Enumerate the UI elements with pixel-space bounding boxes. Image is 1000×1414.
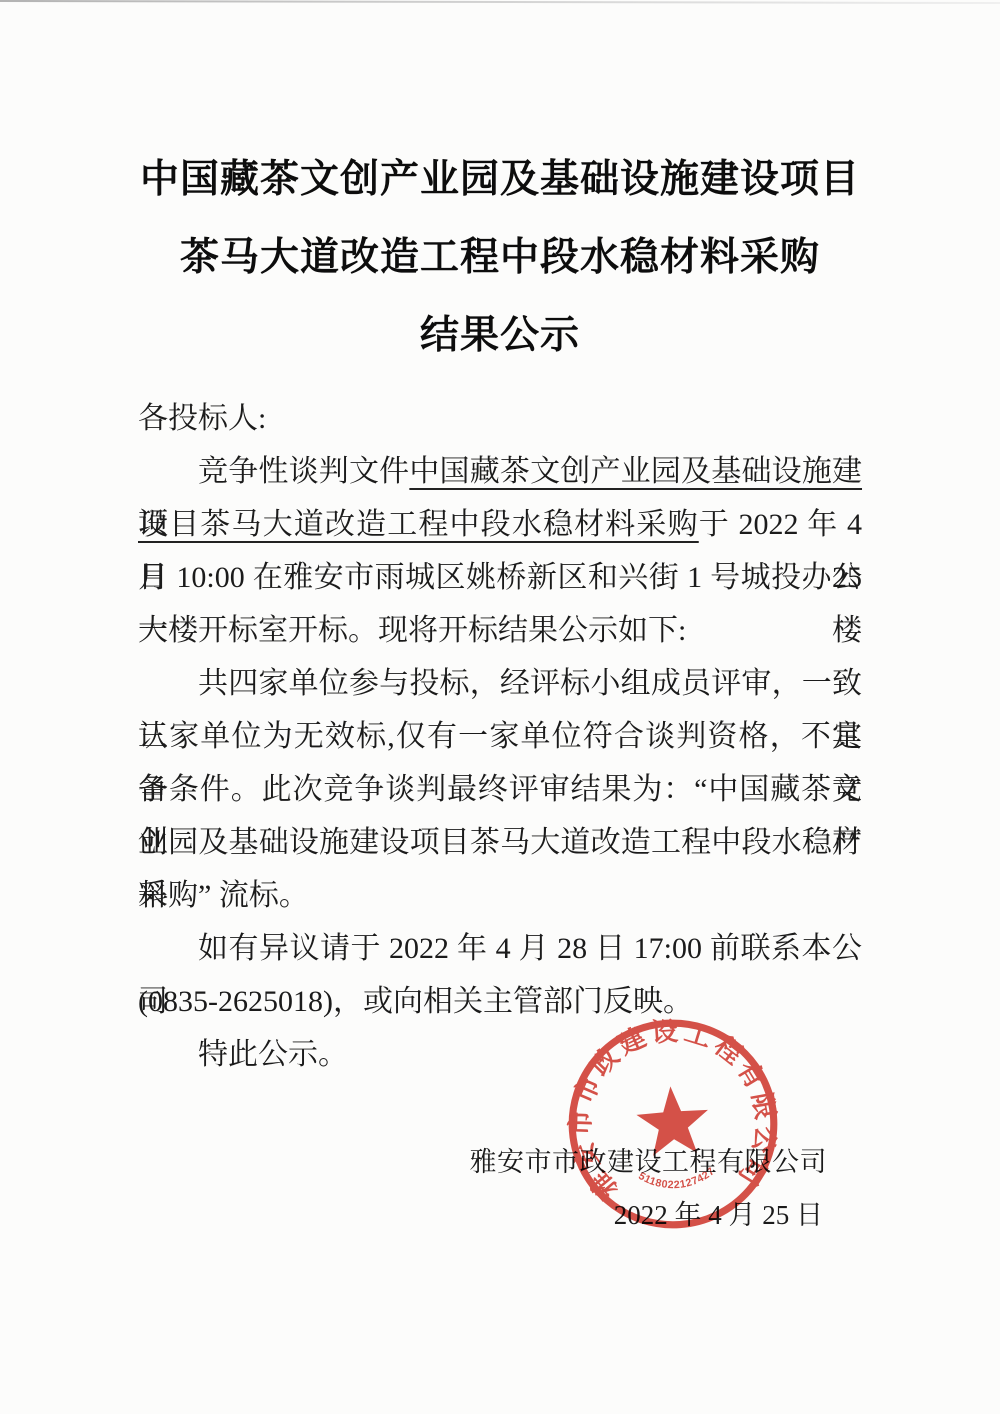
document-title: 中国藏茶文创产业园及基础设施建设项目 茶马大道改造工程中段水稳材料采购 结果公示 (70, 141, 930, 375)
body-line: 项目茶马大道改造工程中段水稳材料采购于 2022 年 4 月 25 (138, 498, 862, 551)
document-title-line: 结果公示 (70, 297, 930, 375)
body-line: 竞争性谈判文件中国藏茶文创产业园及基础设施建设 (138, 445, 862, 498)
salutation: 各投标人: (138, 392, 862, 445)
text-run: 竞争性谈判文件 (198, 455, 409, 488)
body-line: 共四家单位参与投标，经评标小组成员评审，一致认定 (138, 657, 862, 710)
company-seal: 雅安市市政建设工程有限公司 5118022127427 (561, 1012, 785, 1236)
document-title-line: 中国藏茶文创产业园及基础设施建设项目 (70, 141, 930, 219)
document-title-line: 茶马大道改造工程中段水稳材料采购 (70, 219, 930, 297)
text-run: 一楼开标室开标。现将开标结果公示如下: (138, 614, 686, 647)
text-run: 特此公示。 (198, 1038, 348, 1071)
body-line: 采购” 流标。 (138, 869, 862, 922)
text-run: 采购” 流标。 (138, 879, 309, 912)
body-line: 如有异议请于 2022 年 4 月 28 日 17:00 前联系本公司 (138, 922, 862, 975)
seal-star-icon (635, 1084, 711, 1157)
body-line: 日 10:00 在雅安市雨城区姚桥新区和兴街 1 号城投办公大楼 (138, 551, 862, 604)
body-line: 三家单位为无效标,仅有一家单位符合谈判资格，不具备竞 (138, 710, 862, 763)
body-line: 业园及基础设施建设项目茶马大道改造工程中段水稳材料 (138, 816, 862, 869)
notice-document-page: 中国藏茶文创产业园及基础设施建设项目 茶马大道改造工程中段水稳材料采购 结果公示… (0, 0, 1000, 1414)
document-body: 各投标人: 竞争性谈判文件中国藏茶文创产业园及基础设施建设项目茶马大道改造工程中… (138, 392, 862, 1081)
body-line: 争条件。此次竞争谈判最终评审结果为：“中国藏茶文创产 (138, 763, 862, 816)
underlined-text-run: 项目茶马大道改造工程中段水稳材料采购 (138, 508, 699, 541)
seal-serial-text: 5118022127427 (636, 1165, 719, 1194)
scan-edge-artifact (0, 0, 1000, 4)
